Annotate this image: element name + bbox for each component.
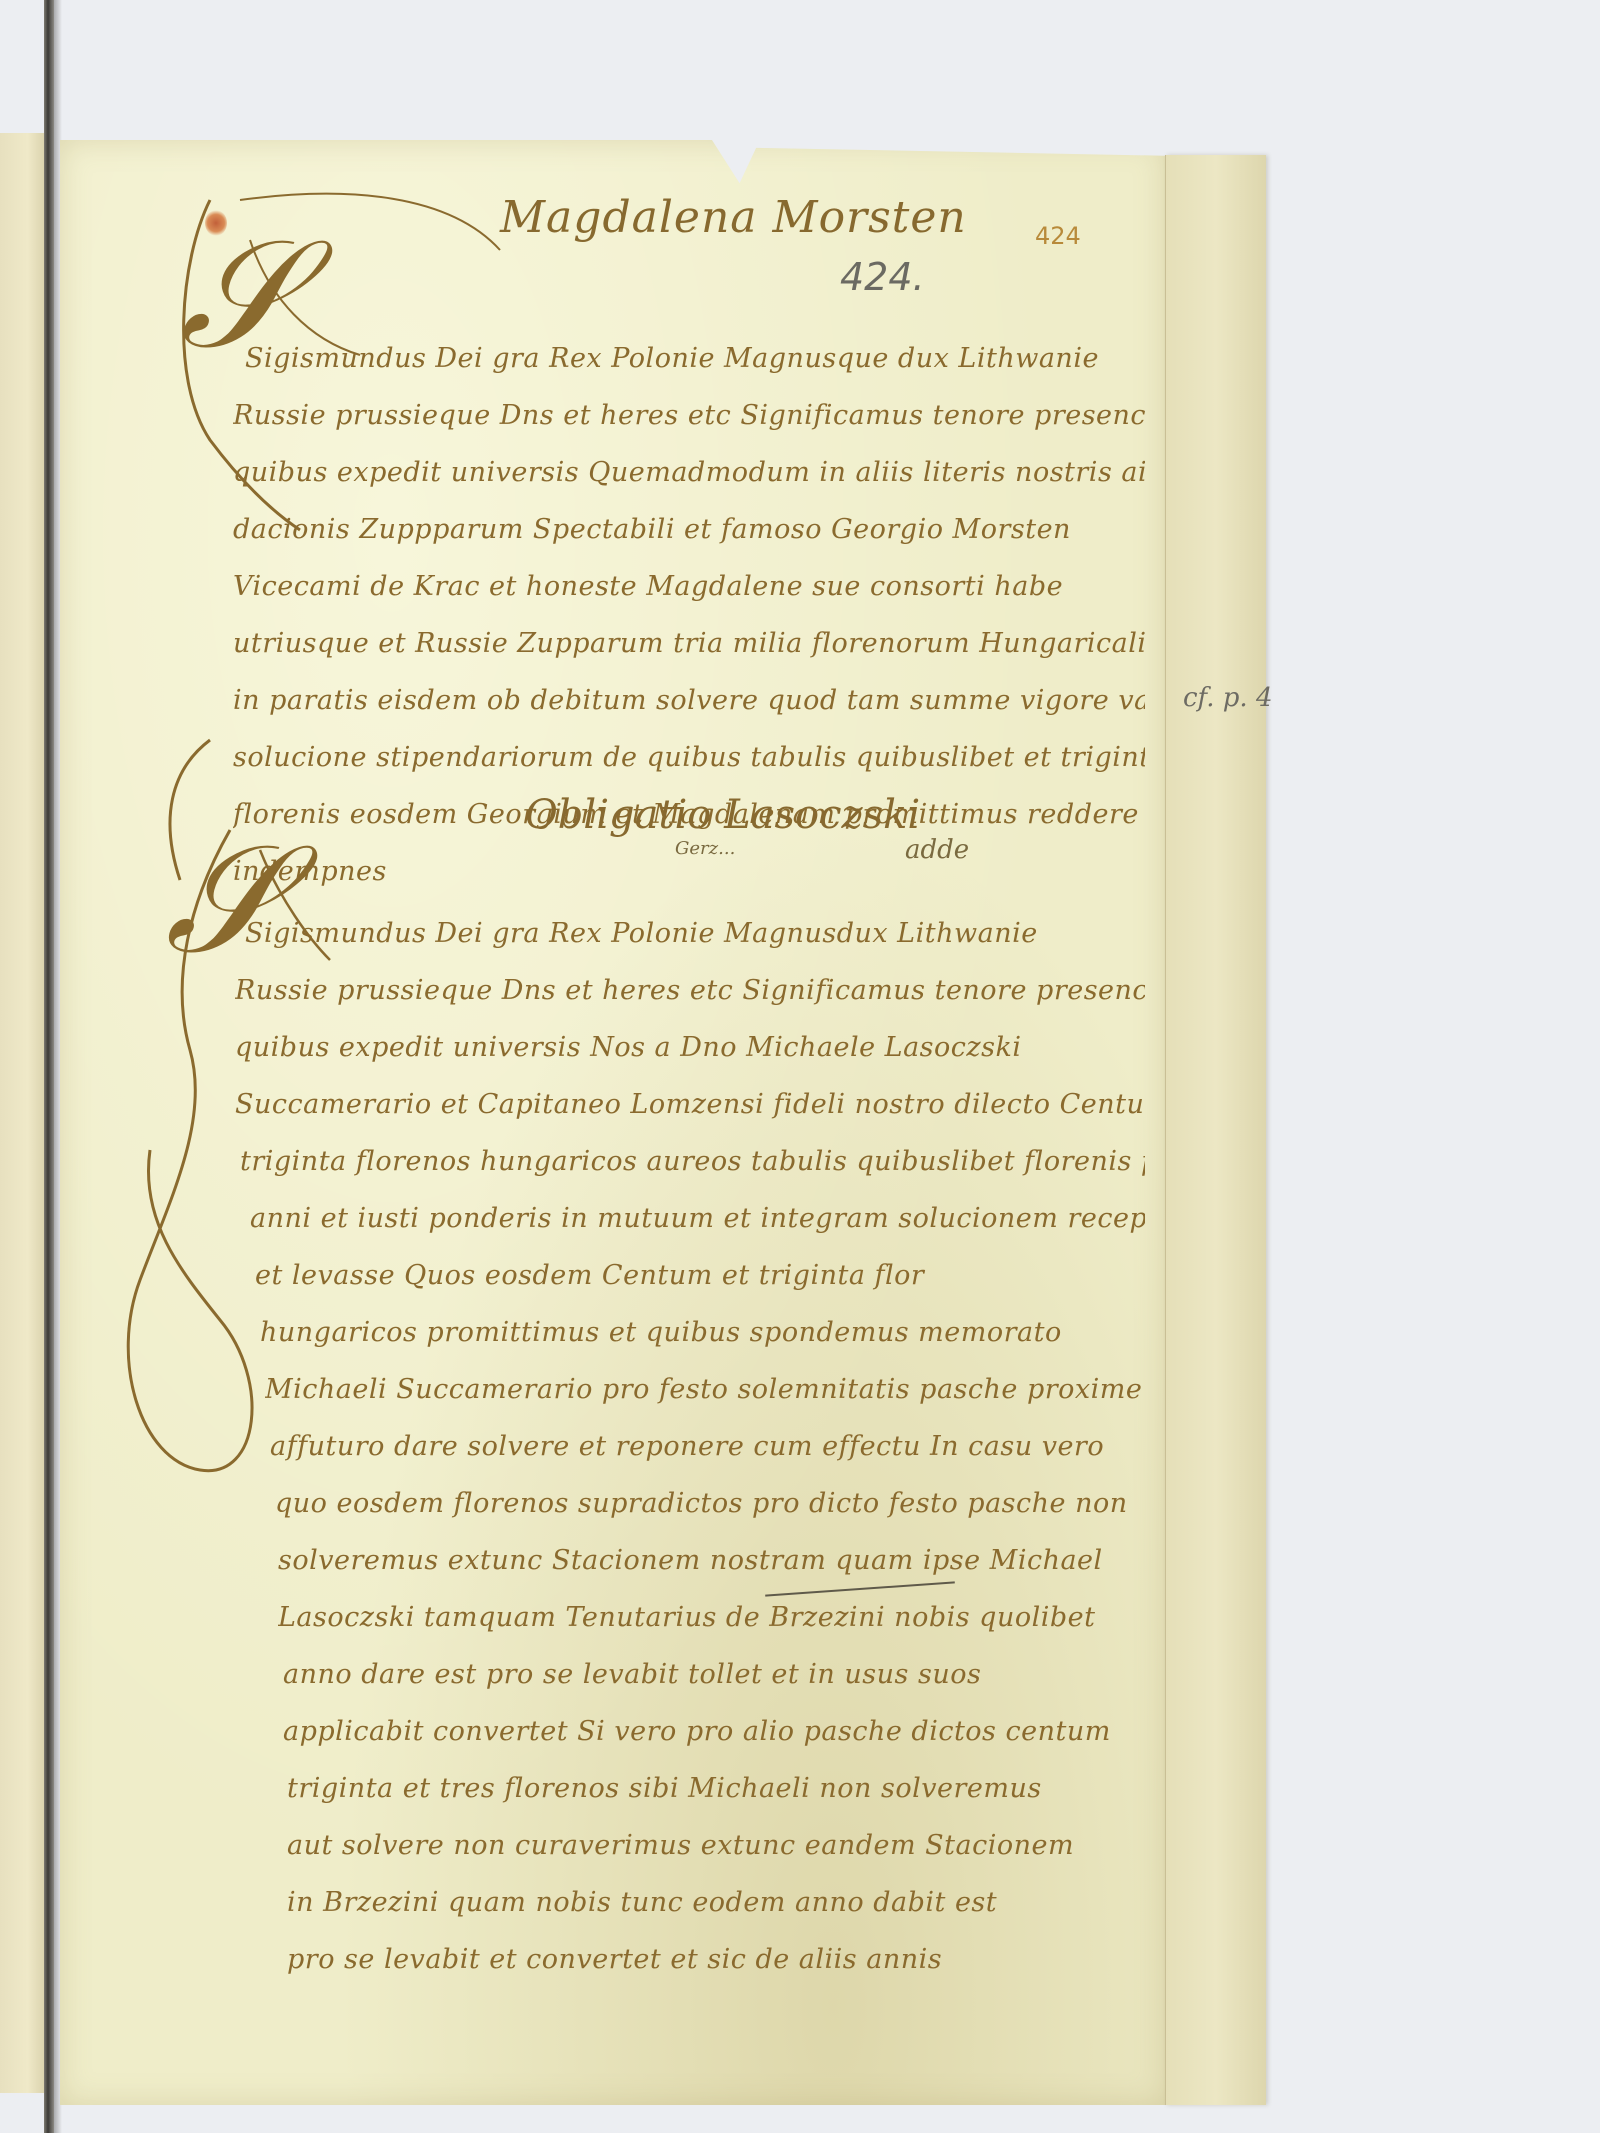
text-line: quo eosdem florenos supradictos pro dict… [275,1475,1145,1532]
left-page-edge [0,133,47,2093]
folio-number-pencil: 424 [1035,222,1081,250]
interlinear-note: Gerz... [675,838,735,859]
text-line: Sigismundus Dei gra Rex Polonie Magnusqu… [245,330,1145,387]
text-line: in Brzezini quam nobis tunc eodem anno d… [287,1874,1145,1931]
section-heading-obligatio: Obligatio Lasoczski [525,792,920,838]
text-line: in paratis eisdem ob debitum solvere quo… [233,672,1145,729]
text-line: solucione stipendariorum de quibus tabul… [233,729,1145,786]
entry-heading: Magdalena Morsten [500,192,967,243]
book-spine [44,0,54,2133]
text-line: triginta florenos hungaricos aureos tabu… [240,1133,1145,1190]
text-line: Vicecami de Krac et honeste Magdalene su… [233,558,1145,615]
text-line: Michaeli Succamerario pro festo solemnit… [265,1361,1145,1418]
text-line: Sigismundus Dei gra Rex Polonie Magnusdu… [245,905,1145,962]
margin-note: cf. p. 4 [1183,683,1273,713]
text-line: solveremus extunc Stacionem nostram quam… [278,1532,1145,1589]
entry-text-2: Sigismundus Dei gra Rex Polonie Magnusdu… [245,905,1145,1988]
text-line: hungaricos promittimus et quibus spondem… [260,1304,1145,1361]
guard-strip [1165,155,1266,2105]
text-line: dacionis Zuppparum Spectabili et famoso … [233,501,1145,558]
text-line: Succamerario et Capitaneo Lomzensi fidel… [235,1076,1145,1133]
text-line: applicabit convertet Si vero pro alio pa… [283,1703,1145,1760]
text-line: Lasoczski tamquam Tenutarius de Brzezini… [278,1589,1145,1646]
text-line: et levasse Quos eosdem Centum et trigint… [255,1247,1145,1304]
text-line: affuturo dare solvere et reponere cum ef… [270,1418,1145,1475]
text-line: quibus expedit universis Quemadmodum in … [233,444,1145,501]
text-line: pro se levabit et convertet et sic de al… [287,1931,1145,1988]
text-line: aut solvere non curaverimus extunc eande… [287,1817,1145,1874]
text-line: utriusque et Russie Zupparum tria milia … [233,615,1145,672]
text-line: Russie prussieque Dns et heres etc Signi… [235,962,1145,1019]
text-line: anno dare est pro se levabit tollet et i… [283,1646,1145,1703]
text-line: triginta et tres florenos sibi Michaeli … [287,1760,1145,1817]
folio-number-ink: 424. [840,255,925,299]
text-line: Russie prussieque Dns et heres etc Signi… [233,387,1145,444]
interlinear-note: adde [905,835,969,865]
text-line: quibus expedit universis Nos a Dno Micha… [235,1019,1145,1076]
text-line: anni et iusti ponderis in mutuum et inte… [250,1190,1145,1247]
